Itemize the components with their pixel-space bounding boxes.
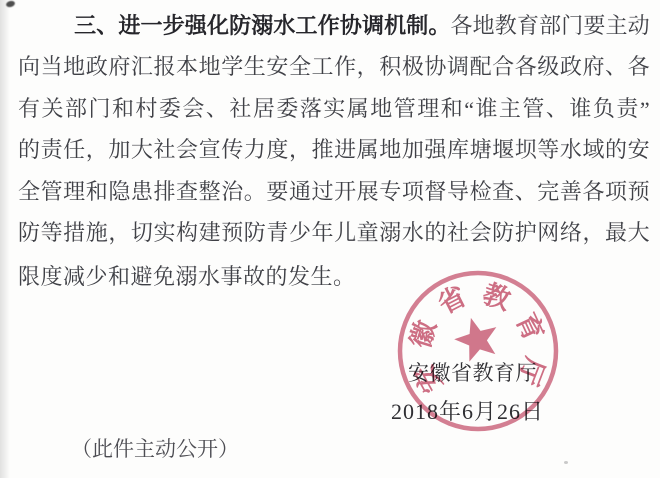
body-line: 防等措施，切实构建预防青少年儿童溺水的社会防护网络，最大 [18, 218, 650, 247]
body-line-last: 限度减少和避免溺水事故的发生。 [18, 260, 650, 289]
disclosure-note: （此件主动公开） [71, 433, 239, 463]
scan-dot [564, 461, 568, 464]
scan-edge-shadow [0, 0, 10, 478]
body-line: 有关部门和村委会、社居委落实属地管理和“谁主管、谁负责” [18, 94, 650, 123]
issue-date: 2018年6月26日 [391, 395, 544, 426]
seal-char: 育 [510, 308, 550, 346]
body-line: 的责任，加大社会宣传力度，推进属地加强库塘堰坝等水域的安 [18, 135, 650, 164]
body-line: 向当地政府汇报本地学生安全工作，积极协调配合各级政府、各 [18, 52, 650, 81]
issuer-name: 安徽省教育厅 [408, 357, 537, 387]
body-line-heading: 三、进一步强化防溺水工作协调机制。 各地教育部门要主动 [18, 11, 650, 40]
seal-char: 徽 [405, 317, 442, 352]
scanned-document-page: 三、进一步强化防溺水工作协调机制。 各地教育部门要主动 向当地政府汇报本地学生安… [0, 0, 660, 478]
body-line: 全管理和隐患排查整治。要通过开展专项督导检查、完善各项预 [18, 177, 650, 206]
scan-speck [5, 0, 15, 8]
